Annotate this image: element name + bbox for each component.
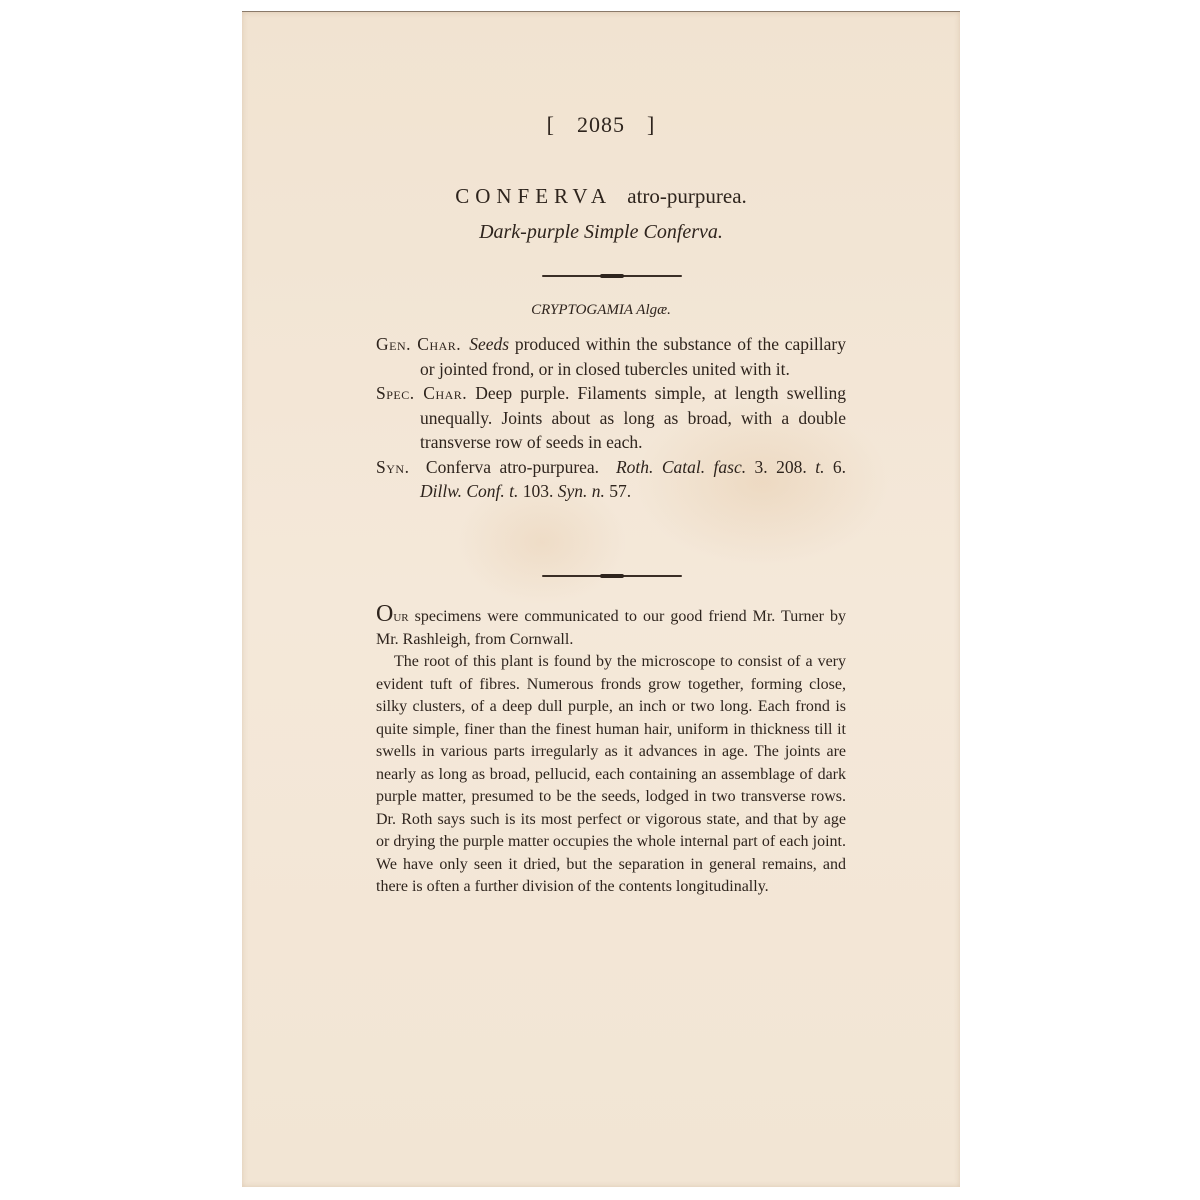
classification: CRYPTOGAMIA Algæ. bbox=[242, 302, 960, 319]
bracket-open: [ bbox=[547, 112, 555, 138]
species-name: atro-purpurea. bbox=[627, 184, 747, 208]
characters-block: Gen. Char.Seeds produced within the subs… bbox=[376, 332, 846, 504]
genus-name: CONFERVA bbox=[455, 184, 612, 208]
ornamental-rule bbox=[542, 575, 682, 577]
description-body: Our specimens were communicated to our g… bbox=[376, 603, 846, 899]
paragraph-1: Our specimens were communicated to our g… bbox=[376, 603, 846, 651]
syn-ref-dillw: Dillw. Conf. t. bbox=[420, 481, 518, 501]
ornamental-rule bbox=[542, 275, 682, 277]
syn-ref-roth-plate: 6. bbox=[824, 457, 846, 477]
document-page: [2085] CONFERVA atro-purpurea. Dark-purp… bbox=[242, 11, 960, 1187]
class-name: CRYPTOGAMIA bbox=[531, 302, 633, 318]
syn-ref-syn: Syn. n. bbox=[558, 481, 605, 501]
spec-char-text: Deep purple. Filaments simple, at length… bbox=[420, 383, 846, 452]
syn-ref-dillw-num: 103. bbox=[518, 481, 557, 501]
gen-char-italic: Seeds bbox=[469, 334, 509, 354]
spec-char-label: Spec. Char. bbox=[376, 383, 467, 403]
species-title: CONFERVA atro-purpurea. bbox=[242, 184, 960, 209]
page-number-value: 2085 bbox=[577, 112, 625, 137]
syn-ref-syn-num: 57. bbox=[605, 481, 631, 501]
syn-ref-roth: Roth. Catal. fasc. bbox=[616, 457, 746, 477]
page-number: [2085] bbox=[242, 112, 960, 138]
paragraph-2: The root of this plant is found by the m… bbox=[376, 651, 846, 899]
drop-cap-rest: ur bbox=[393, 608, 408, 625]
syn-label: Syn. bbox=[376, 457, 409, 477]
common-name: Dark-purple Simple Conferva. bbox=[242, 221, 960, 244]
syn-ref-roth-num: 3. 208. bbox=[746, 457, 815, 477]
synonymy: Syn. Conferva atro-purpurea. Roth. Catal… bbox=[376, 455, 846, 504]
paragraph-1-text: specimens were communicated to our good … bbox=[376, 608, 846, 648]
bracket-close: ] bbox=[647, 112, 655, 138]
gen-char-label: Gen. Char. bbox=[376, 334, 461, 354]
syn-name: Conferva atro-purpurea. bbox=[426, 457, 599, 477]
specific-character: Spec. Char.Deep purple. Filaments simple… bbox=[376, 381, 846, 455]
generic-character: Gen. Char.Seeds produced within the subs… bbox=[376, 332, 846, 381]
drop-cap: O bbox=[376, 601, 393, 627]
order-name: Algæ. bbox=[636, 302, 671, 318]
